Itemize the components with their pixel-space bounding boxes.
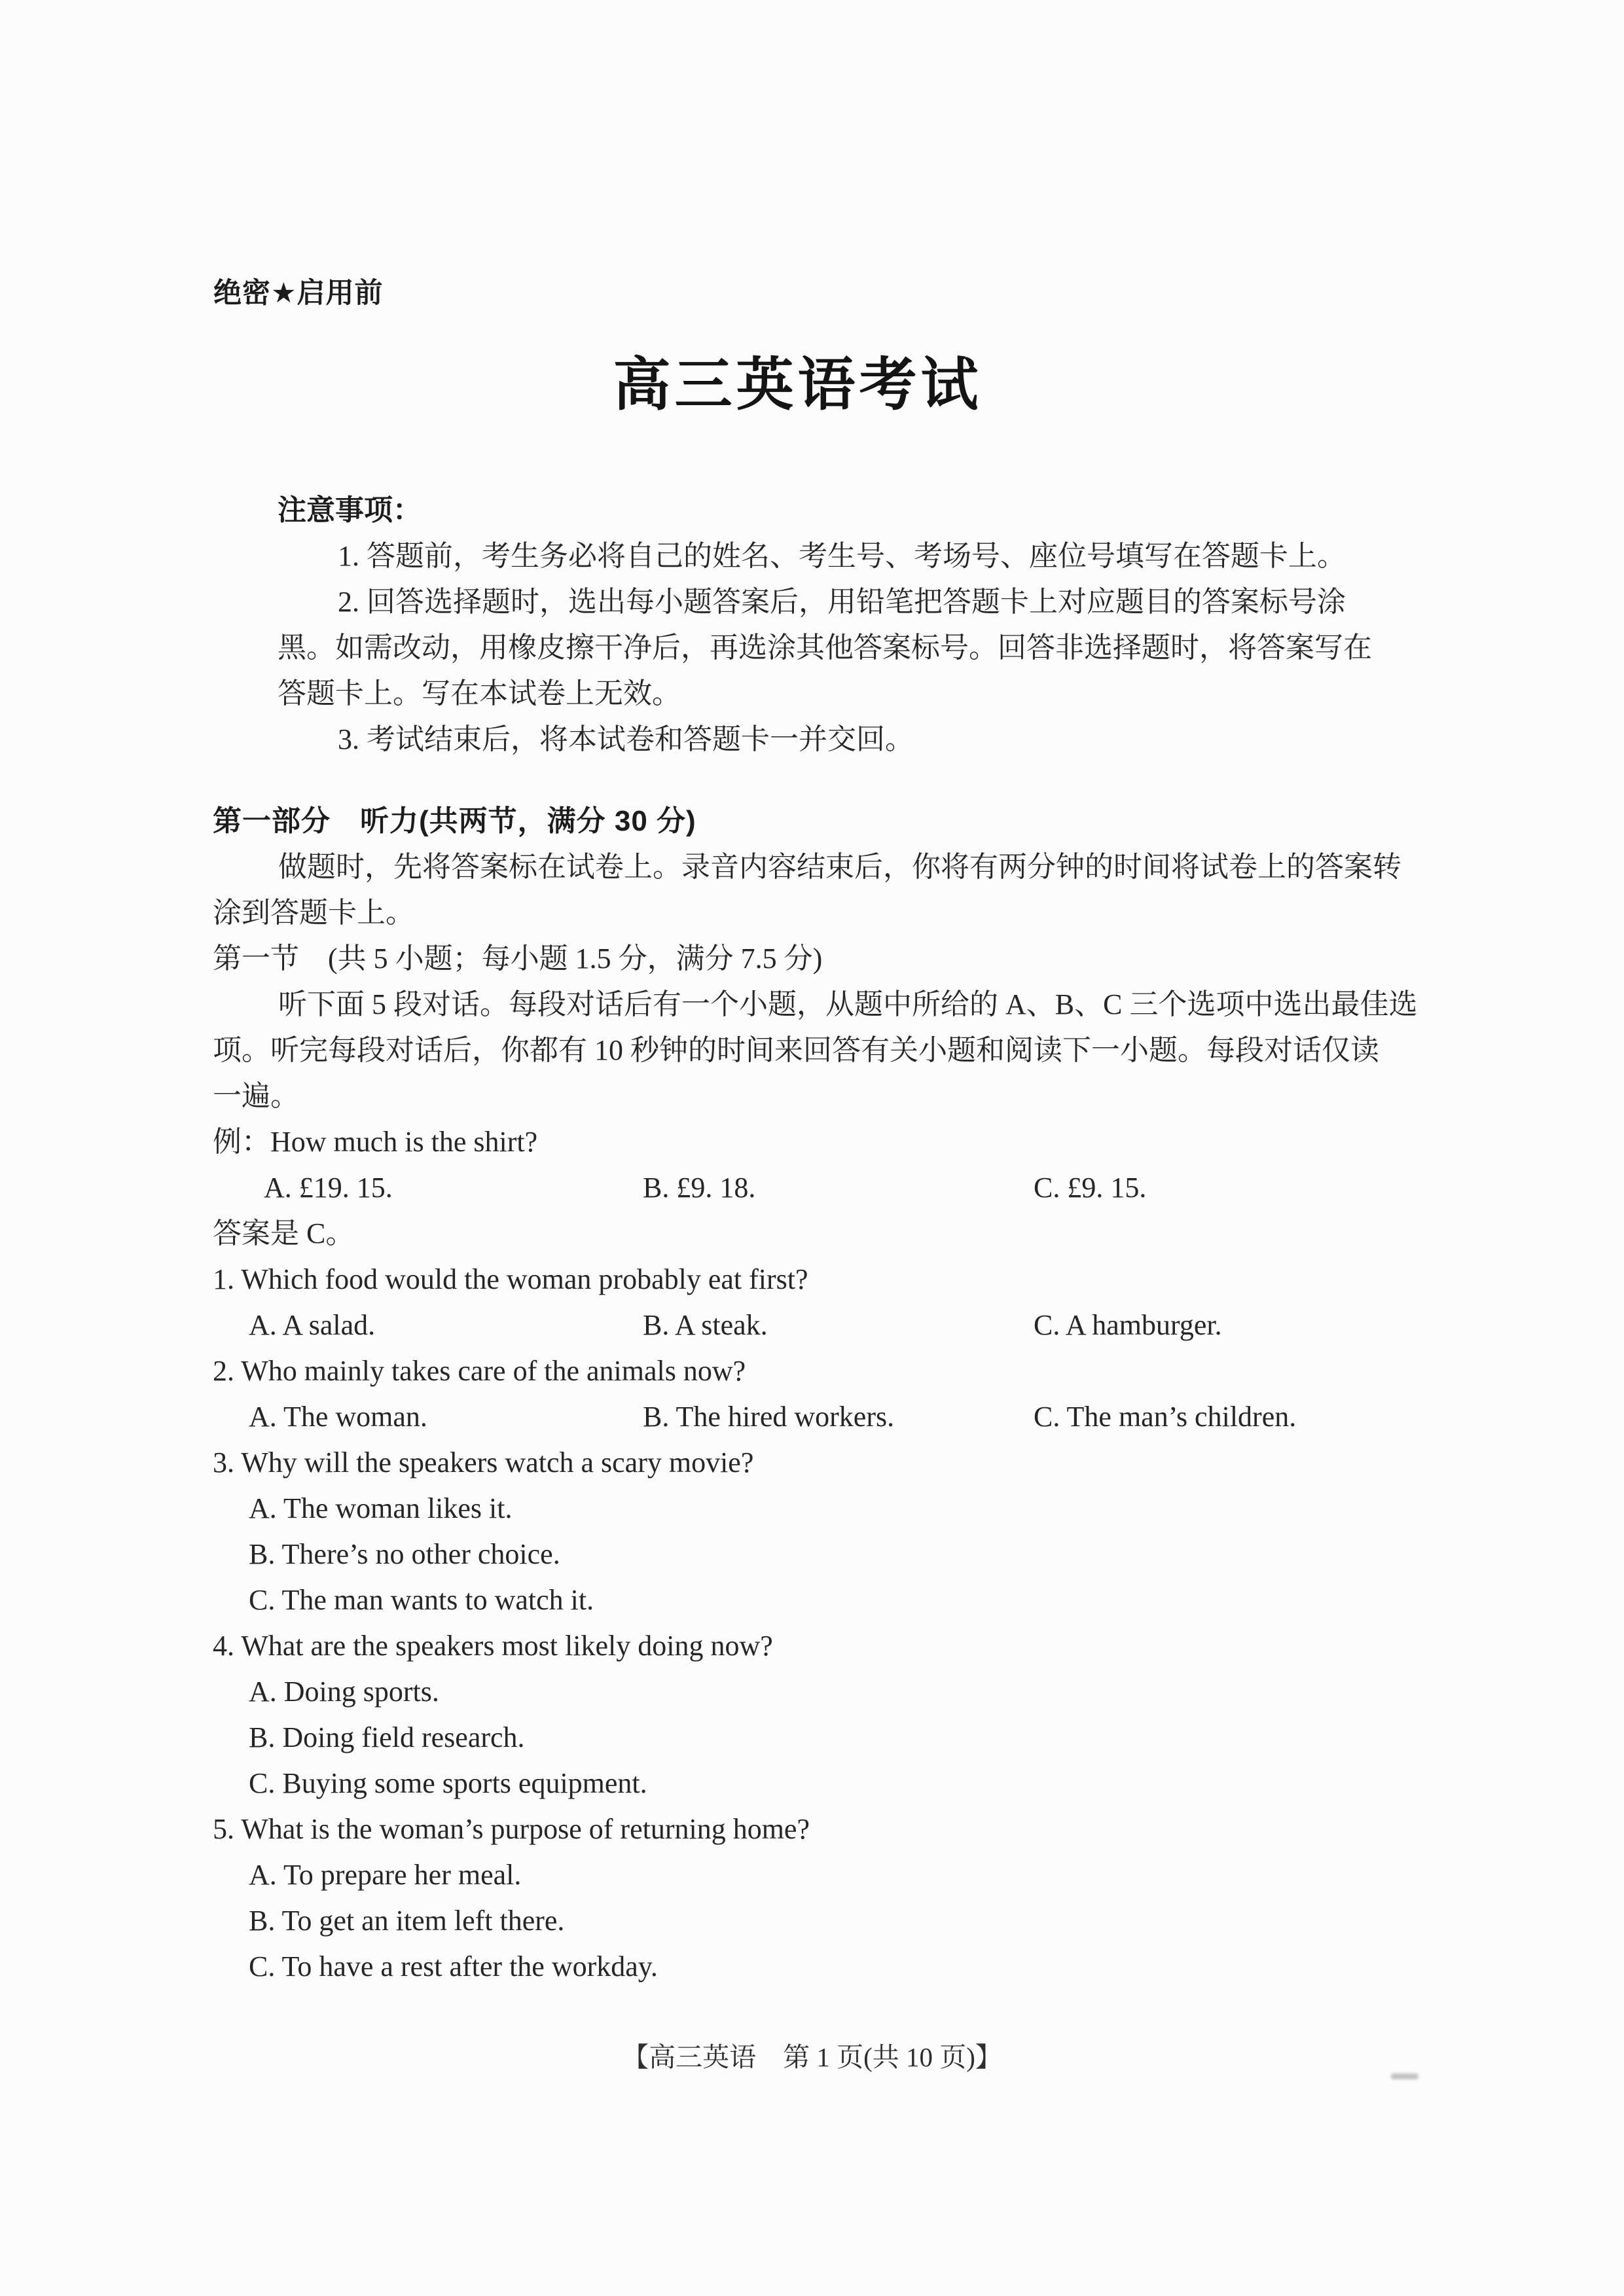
scan-artifact-mark [1391, 2073, 1418, 2079]
question-5-option-c: C. To have a rest after the workday. [213, 1944, 1409, 1990]
notice-section: 注意事项： 1. 答题前，考生务必将自己的姓名、考生号、考场号、座位号填写在答题… [213, 488, 1409, 762]
question-3-option-c: C. The man wants to watch it. [213, 1577, 1409, 1623]
question-4-option-b: B. Doing field research. [213, 1715, 1409, 1761]
question-1-text: 1. Which food would the woman probably e… [213, 1257, 1409, 1302]
notice-heading: 注意事项： [213, 488, 1409, 533]
question-2-option-a: A. The woman. [249, 1394, 643, 1440]
question-2-option-c: C. The man’s children. [1034, 1394, 1409, 1440]
exam-title: 高三英语考试 [0, 339, 1595, 422]
question-5-option-a: A. To prepare her meal. [213, 1852, 1409, 1898]
notice-item-2-line-3: 答题卡上。写在本试卷上无效。 [213, 671, 1409, 717]
example-options-row: A. £19. 15. B. £9. 18. C. £9. 15. [213, 1165, 1409, 1211]
section1-directions-line-3: 一遍。 [213, 1073, 1409, 1119]
question-1-option-c: C. A hamburger. [1034, 1302, 1409, 1348]
question-3-option-a: A. The woman likes it. [213, 1486, 1409, 1532]
page-footer: 【高三英语 第 1 页(共 10 页)】 [0, 2034, 1624, 2080]
question-4-text: 4. What are the speakers most likely doi… [213, 1623, 1409, 1669]
section1-directions-line-1: 听下面 5 段对话。每段对话后有一个小题，从题中所给的 A、B、C 三个选项中选… [213, 982, 1409, 1028]
question-1-option-a: A. A salad. [249, 1302, 643, 1348]
question-5-option-b: B. To get an item left there. [213, 1898, 1409, 1944]
question-3-option-b: B. There’s no other choice. [213, 1532, 1409, 1577]
question-1-option-b: B. A steak. [643, 1302, 1034, 1348]
part1-intro-line-2: 涂到答题卡上。 [213, 890, 1409, 936]
example-answer: 答案是 C。 [213, 1211, 1409, 1257]
notice-item-1: 1. 答题前，考生务必将自己的姓名、考生号、考场号、座位号填写在答题卡上。 [213, 533, 1409, 579]
example-option-a: A. £19. 15. [264, 1165, 643, 1211]
notice-item-2-line-2: 黑。如需改动，用橡皮擦干净后，再选涂其他答案标号。回答非选择题时，将答案写在 [213, 625, 1409, 671]
section1-heading: 第一节 (共 5 小题；每小题 1.5 分，满分 7.5 分) [213, 936, 1409, 982]
notice-item-2-line-1: 2. 回答选择题时，选出每小题答案后，用铅笔把答题卡上对应题目的答案标号涂 [213, 579, 1409, 625]
question-4-option-c: C. Buying some sports equipment. [213, 1761, 1409, 1806]
part1-intro-line-1: 做题时，先将答案标在试卷上。录音内容结束后，你将有两分钟的时间将试卷上的答案转 [213, 844, 1409, 890]
notice-item-3: 3. 考试结束后，将本试卷和答题卡一并交回。 [213, 717, 1409, 762]
question-2-option-b: B. The hired workers. [643, 1394, 1034, 1440]
question-1-options-row: A. A salad. B. A steak. C. A hamburger. [213, 1302, 1409, 1348]
example-option-b: B. £9. 18. [643, 1165, 1034, 1211]
question-2-text: 2. Who mainly takes care of the animals … [213, 1348, 1409, 1394]
part1-heading: 第一部分 听力(共两节，满分 30 分) [213, 798, 1409, 844]
example-prompt: 例：How much is the shirt? [213, 1119, 1409, 1165]
question-4-option-a: A. Doing sports. [213, 1669, 1409, 1715]
security-classification-label: 绝密★启用前 [213, 271, 384, 311]
question-5-text: 5. What is the woman’s purpose of return… [213, 1806, 1409, 1852]
exam-paper: 绝密★启用前 高三英语考试 注意事项： 1. 答题前，考生务必将自己的姓名、考生… [0, 0, 1624, 2296]
example-option-c: C. £9. 15. [1034, 1165, 1409, 1211]
question-3-text: 3. Why will the speakers watch a scary m… [213, 1440, 1409, 1486]
section1-directions-line-2: 项。听完每段对话后，你都有 10 秒钟的时间来回答有关小题和阅读下一小题。每段对… [213, 1028, 1409, 1073]
question-2-options-row: A. The woman. B. The hired workers. C. T… [213, 1394, 1409, 1440]
scanned-exam-page: { "doc": { "classification": "绝密★启用前", "… [0, 0, 1624, 2296]
exam-body: 注意事项： 1. 答题前，考生务必将自己的姓名、考生号、考场号、座位号填写在答题… [213, 488, 1409, 1990]
